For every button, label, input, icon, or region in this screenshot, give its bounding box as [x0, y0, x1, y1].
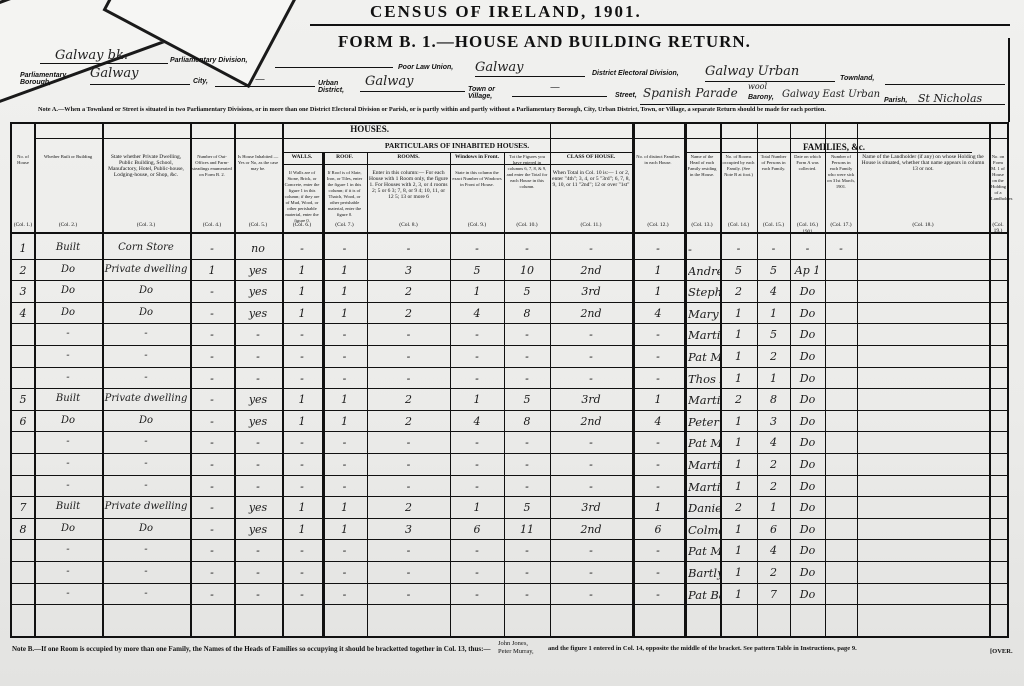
cell-walls: 1 [282, 501, 322, 514]
column-number-c7: (Col. 7.) [322, 222, 367, 228]
cell-type: - [102, 436, 190, 447]
cell-walls: - [282, 458, 322, 471]
cell-families: - [632, 566, 684, 579]
column-group-c11: CLASS OF HOUSE. [552, 154, 630, 161]
district-electoral-division-value: Galway Urban [705, 64, 799, 79]
row-rule [12, 453, 1007, 454]
cell-total: 5 [504, 501, 550, 514]
cell-house-no: 8 [12, 523, 34, 536]
cell-families: - [632, 588, 684, 601]
cell-head: - [688, 242, 720, 256]
cell-rooms: 2 [367, 285, 450, 298]
cell-inhabited: - [234, 588, 282, 601]
field-underline [40, 63, 168, 64]
cell-walls: - [282, 242, 322, 255]
cell-walls: 1 [282, 523, 322, 536]
cell-outoffices: - [190, 415, 234, 428]
cell-built: - [34, 350, 102, 361]
cell-walls: 1 [282, 264, 322, 277]
cell-sick: - [825, 242, 857, 255]
column-number-c12: (Col. 12.) [632, 222, 684, 228]
row-rule [12, 539, 1007, 540]
families-section-header: FAMILIES, &c. [684, 144, 984, 151]
row-rule [12, 410, 1007, 411]
cell-head: Martin Molloy [688, 480, 720, 494]
cell-head: Mary Lavey [688, 307, 720, 321]
cell-families: - [632, 436, 684, 449]
cell-outoffices: - [190, 588, 234, 601]
row-rule [12, 518, 1007, 519]
urban-district-value: Galway [365, 74, 414, 89]
cell-rooms-occupied: 2 [720, 501, 757, 514]
cell-built: Do [34, 285, 102, 296]
cell-roof: - [322, 458, 367, 471]
cell-windows: - [450, 436, 504, 449]
cell-walls: - [282, 480, 322, 493]
note-a: Note A.—When a Townland or Street is sit… [38, 106, 826, 113]
cell-inhabited: no [234, 242, 282, 255]
cell-head: Andrew Ruane [688, 264, 720, 278]
parish-label: Parish, [884, 97, 907, 104]
cell-rooms: 2 [367, 501, 450, 514]
cell-type: Private dwelling [102, 393, 190, 404]
cell-type: Do [102, 307, 190, 318]
cell-outoffices: - [190, 436, 234, 449]
cell-class: 2nd [550, 415, 632, 428]
cell-roof: 1 [322, 523, 367, 536]
cell-windows: - [450, 350, 504, 363]
row-rule [12, 496, 1007, 497]
cell-total: - [504, 458, 550, 471]
cell-persons: 3 [757, 415, 790, 428]
poor-law-union-label: Poor Law Union, [398, 64, 453, 71]
cell-head: Daniel McDonagh [688, 501, 720, 515]
cell-type: - [102, 566, 190, 577]
cell-roof: - [322, 436, 367, 449]
column-group-c6: WALLS. [284, 154, 320, 161]
cell-house-no: 4 [12, 307, 34, 320]
cell-rooms: 2 [367, 415, 450, 428]
cell-date: Do [790, 588, 825, 601]
row-rule [12, 583, 1007, 584]
cell-built: Do [34, 264, 102, 275]
cell-outoffices: - [190, 393, 234, 406]
particulars-section-header: PARTICULARS OF INHABITED HOUSES. [282, 142, 632, 149]
header-bottom-rule [12, 232, 1007, 234]
cell-rooms: - [367, 436, 450, 449]
cell-built: Built [34, 242, 102, 253]
cell-head: Martin O'Donnell [688, 458, 720, 472]
cell-date: Do [790, 436, 825, 449]
houses-section-header: HOUSES. [234, 126, 389, 133]
cell-roof: 1 [322, 393, 367, 406]
cell-rooms-occupied: 1 [720, 566, 757, 579]
cell-roof: 1 [322, 285, 367, 298]
cell-date: Do [790, 566, 825, 579]
cell-persons: 5 [757, 328, 790, 341]
cell-date: Do [790, 328, 825, 341]
column-header-c12: No. of distinct Families in each House. [634, 154, 682, 166]
form-subtitle: FORM B. 1.—HOUSE AND BUILDING RETURN. [338, 32, 751, 52]
cell-date: - [790, 242, 825, 255]
column-header-c11: When Total in Col. 10 is:— 1 or 2, enter… [552, 170, 630, 188]
cell-house-no: 7 [12, 501, 34, 514]
barony-value: Galway East Urban [782, 89, 880, 100]
cell-outoffices: - [190, 566, 234, 579]
cell-inhabited: - [234, 566, 282, 579]
cell-inhabited: - [234, 544, 282, 557]
cell-type: Do [102, 285, 190, 296]
field-underline [705, 81, 835, 82]
cell-outoffices: 1 [190, 264, 234, 277]
urban-district-label: Urban District, [318, 80, 358, 94]
cell-class: 3rd [550, 285, 632, 298]
city-label: City, [193, 78, 208, 85]
cell-persons: 1 [757, 501, 790, 514]
cell-rooms-occupied: 1 [720, 480, 757, 493]
column-header-c3: State whether Private Dwelling, Public B… [104, 154, 188, 178]
cell-persons: 1 [757, 372, 790, 385]
cell-date: Do [790, 501, 825, 514]
column-number-c2: (Col. 2.) [34, 222, 102, 228]
cell-date: Do [790, 523, 825, 536]
barony-annotation: wool [748, 82, 767, 91]
cell-type: Private dwelling [102, 501, 190, 512]
cell-roof: - [322, 350, 367, 363]
cell-walls: - [282, 372, 322, 385]
column-number-c15: (Col. 15.) [757, 222, 790, 228]
cell-rooms-occupied: - [720, 242, 757, 255]
cell-total: - [504, 566, 550, 579]
cell-persons: 7 [757, 588, 790, 601]
note-b-example-1: John Jones, [498, 640, 534, 648]
column-number-c8: (Col. 8.) [367, 222, 450, 228]
cell-built: Do [34, 307, 102, 318]
cell-class: - [550, 458, 632, 471]
cell-total: 5 [504, 285, 550, 298]
cell-total: 8 [504, 307, 550, 320]
cell-class: 2nd [550, 307, 632, 320]
cell-built: - [34, 436, 102, 447]
cell-outoffices: - [190, 307, 234, 320]
cell-walls: 1 [282, 307, 322, 320]
cell-windows: - [450, 544, 504, 557]
parliamentary-division-label: Parliamentary Division, [170, 57, 247, 64]
cell-rooms: - [367, 328, 450, 341]
cell-windows: 1 [450, 393, 504, 406]
cell-date: Do [790, 372, 825, 385]
cell-house-no: 1 [12, 242, 34, 255]
note-b-end: and the figure 1 entered in Col. 14, opp… [548, 645, 857, 652]
cell-rooms: - [367, 350, 450, 363]
cell-class: - [550, 566, 632, 579]
cell-head: Pat McDonagh [688, 350, 720, 364]
cell-persons: 4 [757, 285, 790, 298]
cell-inhabited: - [234, 350, 282, 363]
barony-label: Barony, [748, 94, 774, 101]
field-underline [215, 86, 315, 87]
cell-total: - [504, 588, 550, 601]
column-number-c4: (Col. 4.) [190, 222, 234, 228]
cell-persons: 5 [757, 264, 790, 277]
cell-walls: - [282, 544, 322, 557]
town-or-village-value: — [550, 82, 560, 93]
cell-persons: 1 [757, 307, 790, 320]
cell-class: 2nd [550, 264, 632, 277]
cell-date: Do [790, 544, 825, 557]
cell-inhabited: - [234, 458, 282, 471]
cell-type: - [102, 588, 190, 599]
cell-walls: 1 [282, 285, 322, 298]
cell-walls: - [282, 328, 322, 341]
field-underline [275, 67, 393, 68]
cell-total: - [504, 544, 550, 557]
cell-roof: 1 [322, 307, 367, 320]
cell-inhabited: yes [234, 393, 282, 406]
row-rule [12, 561, 1007, 562]
cell-rooms-occupied: 1 [720, 588, 757, 601]
row-rule [12, 431, 1007, 432]
cell-class: - [550, 372, 632, 385]
column-header-c14: No. of Rooms occupied by each Family. (S… [722, 154, 755, 178]
parliamentary-borough-label: Parliamentary Borough, [20, 72, 80, 86]
cell-class: 3rd [550, 501, 632, 514]
column-number-c5: (Col. 5.) [234, 222, 282, 228]
cell-rooms-occupied: 2 [720, 285, 757, 298]
row-rule [12, 323, 1007, 324]
cell-built: - [34, 458, 102, 469]
column-header-c5: Is House Inhabited — Yes or No, as the c… [236, 154, 280, 172]
cell-head: Thos Higgins [688, 372, 720, 386]
subgroup-rule [282, 164, 632, 165]
cell-outoffices: - [190, 501, 234, 514]
cell-walls: 1 [282, 415, 322, 428]
column-number-c13: (Col. 13.) [684, 222, 720, 228]
cell-windows: - [450, 566, 504, 579]
cell-total: 8 [504, 415, 550, 428]
cell-rooms: 3 [367, 264, 450, 277]
cell-house-no: 5 [12, 393, 34, 406]
row-rule [12, 280, 1007, 281]
field-underline [475, 76, 585, 77]
cell-rooms: - [367, 242, 450, 255]
street-value: Spanish Parade [643, 86, 738, 100]
column-header-c8: Enter in this column:— For each House wi… [369, 170, 448, 200]
cell-outoffices: - [190, 480, 234, 493]
column-header-c7: If Roof is of Slate, Iron, or Tiles, ent… [324, 170, 365, 218]
cell-built: Do [34, 523, 102, 534]
cell-roof: 1 [322, 415, 367, 428]
poor-law-union-value: Galway [475, 60, 524, 75]
cell-walls: - [282, 350, 322, 363]
cell-rooms: 2 [367, 307, 450, 320]
cell-outoffices: - [190, 458, 234, 471]
cell-persons: 6 [757, 523, 790, 536]
cell-class: - [550, 350, 632, 363]
cell-inhabited: yes [234, 264, 282, 277]
column-group-c9: Windows in Front. [452, 154, 502, 161]
cell-walls: - [282, 436, 322, 449]
cell-outoffices: - [190, 523, 234, 536]
cell-built: - [34, 544, 102, 555]
cell-total: 11 [504, 523, 550, 536]
cell-inhabited: yes [234, 285, 282, 298]
cell-roof: 1 [322, 264, 367, 277]
cell-head: Martin McDonagh [688, 328, 720, 342]
cell-persons: 2 [757, 350, 790, 363]
cell-families: - [632, 350, 684, 363]
cell-type: Do [102, 415, 190, 426]
cell-roof: - [322, 566, 367, 579]
cell-date: Do [790, 415, 825, 428]
column-number-c17: (Col. 17.) [825, 222, 857, 228]
column-header-c4: Number of Out-Offices and Farm-steadings… [192, 154, 232, 178]
cell-outoffices: - [190, 242, 234, 255]
column-number-c9: (Col. 9.) [450, 222, 504, 228]
cell-outoffices: - [190, 372, 234, 385]
cell-rooms: 2 [367, 393, 450, 406]
cell-built: - [34, 480, 102, 491]
cell-total: - [504, 372, 550, 385]
cell-head: Bartly Tolan [688, 566, 720, 580]
cell-type: - [102, 328, 190, 339]
column-group-c8: ROOMS. [369, 154, 448, 161]
cell-roof: - [322, 328, 367, 341]
cell-windows: 5 [450, 264, 504, 277]
cell-rooms: - [367, 458, 450, 471]
cell-inhabited: - [234, 480, 282, 493]
parliamentary-division-value: Galway bk. [55, 48, 128, 63]
row-rule [12, 259, 1007, 260]
cell-windows: 4 [450, 307, 504, 320]
street-label: Street, [615, 92, 637, 99]
field-underline [360, 91, 465, 92]
cell-total: - [504, 242, 550, 255]
cell-persons: 8 [757, 393, 790, 406]
field-underline [885, 84, 1005, 85]
cell-families: - [632, 242, 684, 255]
cell-persons: 4 [757, 436, 790, 449]
cell-type: - [102, 480, 190, 491]
cell-class: - [550, 588, 632, 601]
row-rule [12, 367, 1007, 368]
cell-rooms-occupied: 1 [720, 372, 757, 385]
column-number-c18: (Col. 18.) [857, 222, 989, 228]
cell-house-no: 3 [12, 285, 34, 298]
city-value: — [255, 74, 265, 85]
cell-total: - [504, 350, 550, 363]
cell-class: - [550, 544, 632, 557]
cell-families: 1 [632, 285, 684, 298]
cell-rooms-occupied: 1 [720, 458, 757, 471]
column-header-c10: Tot the Figures you have entered in colu… [506, 154, 548, 190]
cell-type: - [102, 372, 190, 383]
cell-date: Ap 1 [790, 264, 825, 277]
cell-families: 4 [632, 415, 684, 428]
column-header-c15: Total Number of Persons in each Family. [759, 154, 788, 172]
cell-roof: 1 [322, 501, 367, 514]
cell-head: Pat McDonagh [688, 436, 720, 450]
cell-roof: - [322, 372, 367, 385]
column-group-c7: ROOF. [324, 154, 365, 161]
column-header-c19: No. on Form M. 1 of House on the Holding… [991, 154, 1005, 202]
cell-rooms-occupied: 1 [720, 436, 757, 449]
cell-windows: - [450, 372, 504, 385]
field-underline [512, 96, 607, 97]
cell-families: 4 [632, 307, 684, 320]
cell-class: - [550, 242, 632, 255]
cell-windows: 4 [450, 415, 504, 428]
cell-built: - [34, 372, 102, 383]
cell-total: - [504, 328, 550, 341]
column-number-c1: (Col. 1.) [12, 222, 34, 228]
note-b-example-2: Peter Murray, [498, 648, 534, 656]
cell-inhabited: - [234, 328, 282, 341]
row-rule [12, 302, 1007, 303]
cell-rooms-occupied: 1 [720, 415, 757, 428]
cell-families: 1 [632, 501, 684, 514]
cell-class: - [550, 328, 632, 341]
cell-persons: - [757, 242, 790, 255]
cell-walls: - [282, 588, 322, 601]
families-rule [684, 152, 972, 153]
cell-built: - [34, 588, 102, 599]
cell-rooms: - [367, 566, 450, 579]
cell-total: 5 [504, 393, 550, 406]
column-number-c6: (Col. 6.) [282, 222, 322, 228]
cell-built: - [34, 328, 102, 339]
cell-class: - [550, 436, 632, 449]
cell-outoffices: - [190, 328, 234, 341]
cell-rooms: - [367, 544, 450, 557]
cell-type: - [102, 458, 190, 469]
cell-roof: - [322, 480, 367, 493]
cell-persons: 2 [757, 480, 790, 493]
cell-inhabited: - [234, 372, 282, 385]
column-header-c2: Whether Built or Building [36, 154, 100, 160]
column-header-c13: Name of the Head of each Family residing… [686, 154, 718, 178]
cell-windows: 1 [450, 501, 504, 514]
column-number-c16: (Col. 16.) [790, 222, 825, 228]
cell-families: 1 [632, 264, 684, 277]
cell-windows: - [450, 588, 504, 601]
row-rule [12, 345, 1007, 346]
cell-built: Do [34, 415, 102, 426]
over-marker: [OVER. [990, 648, 1013, 655]
cell-rooms-occupied: 1 [720, 328, 757, 341]
cell-inhabited: yes [234, 307, 282, 320]
cell-rooms-occupied: 1 [720, 350, 757, 363]
town-or-village-label: Town or Village, [468, 86, 508, 100]
cell-type: - [102, 350, 190, 361]
row-rule [12, 475, 1007, 476]
cell-total: - [504, 480, 550, 493]
cell-date: Do [790, 307, 825, 320]
cell-families: - [632, 372, 684, 385]
cell-head: Pat McDonagh [688, 544, 720, 558]
cell-outoffices: - [190, 285, 234, 298]
column-header-c17: Number of Persons in each Family who wer… [827, 154, 855, 190]
cell-rooms: - [367, 372, 450, 385]
cell-roof: - [322, 588, 367, 601]
cell-date: Do [790, 458, 825, 471]
cell-roof: - [322, 544, 367, 557]
cell-rooms-occupied: 2 [720, 393, 757, 406]
cell-class: 2nd [550, 523, 632, 536]
census-table: HOUSES.PARTICULARS OF INHABITED HOUSES.F… [10, 122, 1009, 638]
cell-windows: - [450, 458, 504, 471]
cell-total: 10 [504, 264, 550, 277]
